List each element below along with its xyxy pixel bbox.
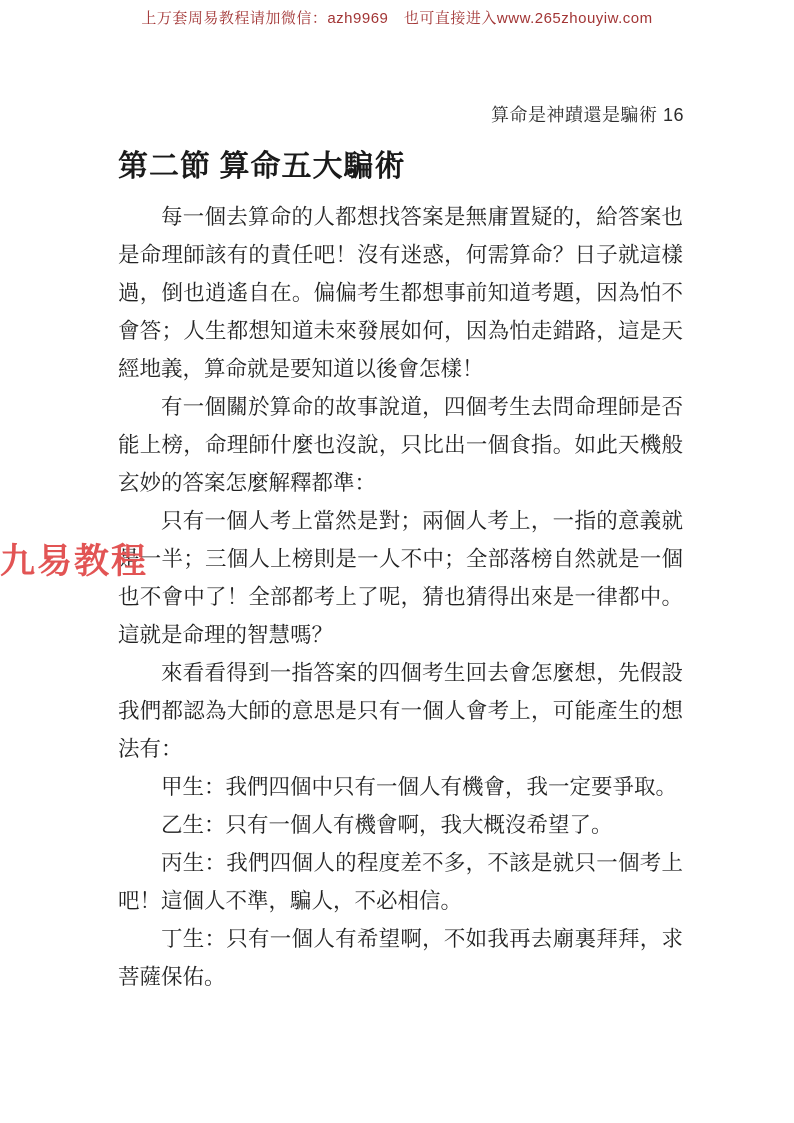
body-paragraph: 甲生：我們四個中只有一個人有機會，我一定要爭取。 bbox=[118, 768, 683, 806]
body-paragraph: 只有一個人考上當然是對；兩個人考上，一指的意義就是一半；三個人上榜則是一人不中；… bbox=[118, 502, 683, 654]
section-title: 第二節 算命五大騙術 bbox=[118, 150, 683, 184]
promo-banner-text: 上万套周易教程请加微信：azh9969 也可直接进入www.265zhouyiw… bbox=[0, 7, 794, 28]
body-paragraph: 乙生：只有一個人有機會啊，我大概沒希望了。 bbox=[118, 806, 683, 844]
running-head-page-number: 算命是神蹟還是騙術 16 bbox=[491, 101, 684, 127]
body-paragraph: 有一個關於算命的故事說道，四個考生去問命理師是否能上榜，命理師什麼也沒說，只比出… bbox=[118, 388, 683, 502]
document-page: 上万套周易教程请加微信：azh9969 也可直接进入www.265zhouyiw… bbox=[0, 0, 794, 1123]
body-paragraph: 每一個去算命的人都想找答案是無庸置疑的，給答案也是命理師該有的責任吧！沒有迷惑，… bbox=[118, 198, 683, 388]
body-paragraph: 丙生：我們四個人的程度差不多，不該是就只一個考上吧！這個人不準，騙人，不必相信。 bbox=[118, 844, 683, 920]
text-block: 第二節 算命五大騙術 每一個去算命的人都想找答案是無庸置疑的，給答案也是命理師該… bbox=[118, 150, 683, 996]
watermark-text: 九易教程 bbox=[0, 534, 148, 584]
body-paragraph: 來看看得到一指答案的四個考生回去會怎麼想，先假設我們都認為大師的意思是只有一個人… bbox=[118, 654, 683, 768]
body-paragraph: 丁生：只有一個人有希望啊，不如我再去廟裏拜拜，求菩薩保佑。 bbox=[118, 920, 683, 996]
